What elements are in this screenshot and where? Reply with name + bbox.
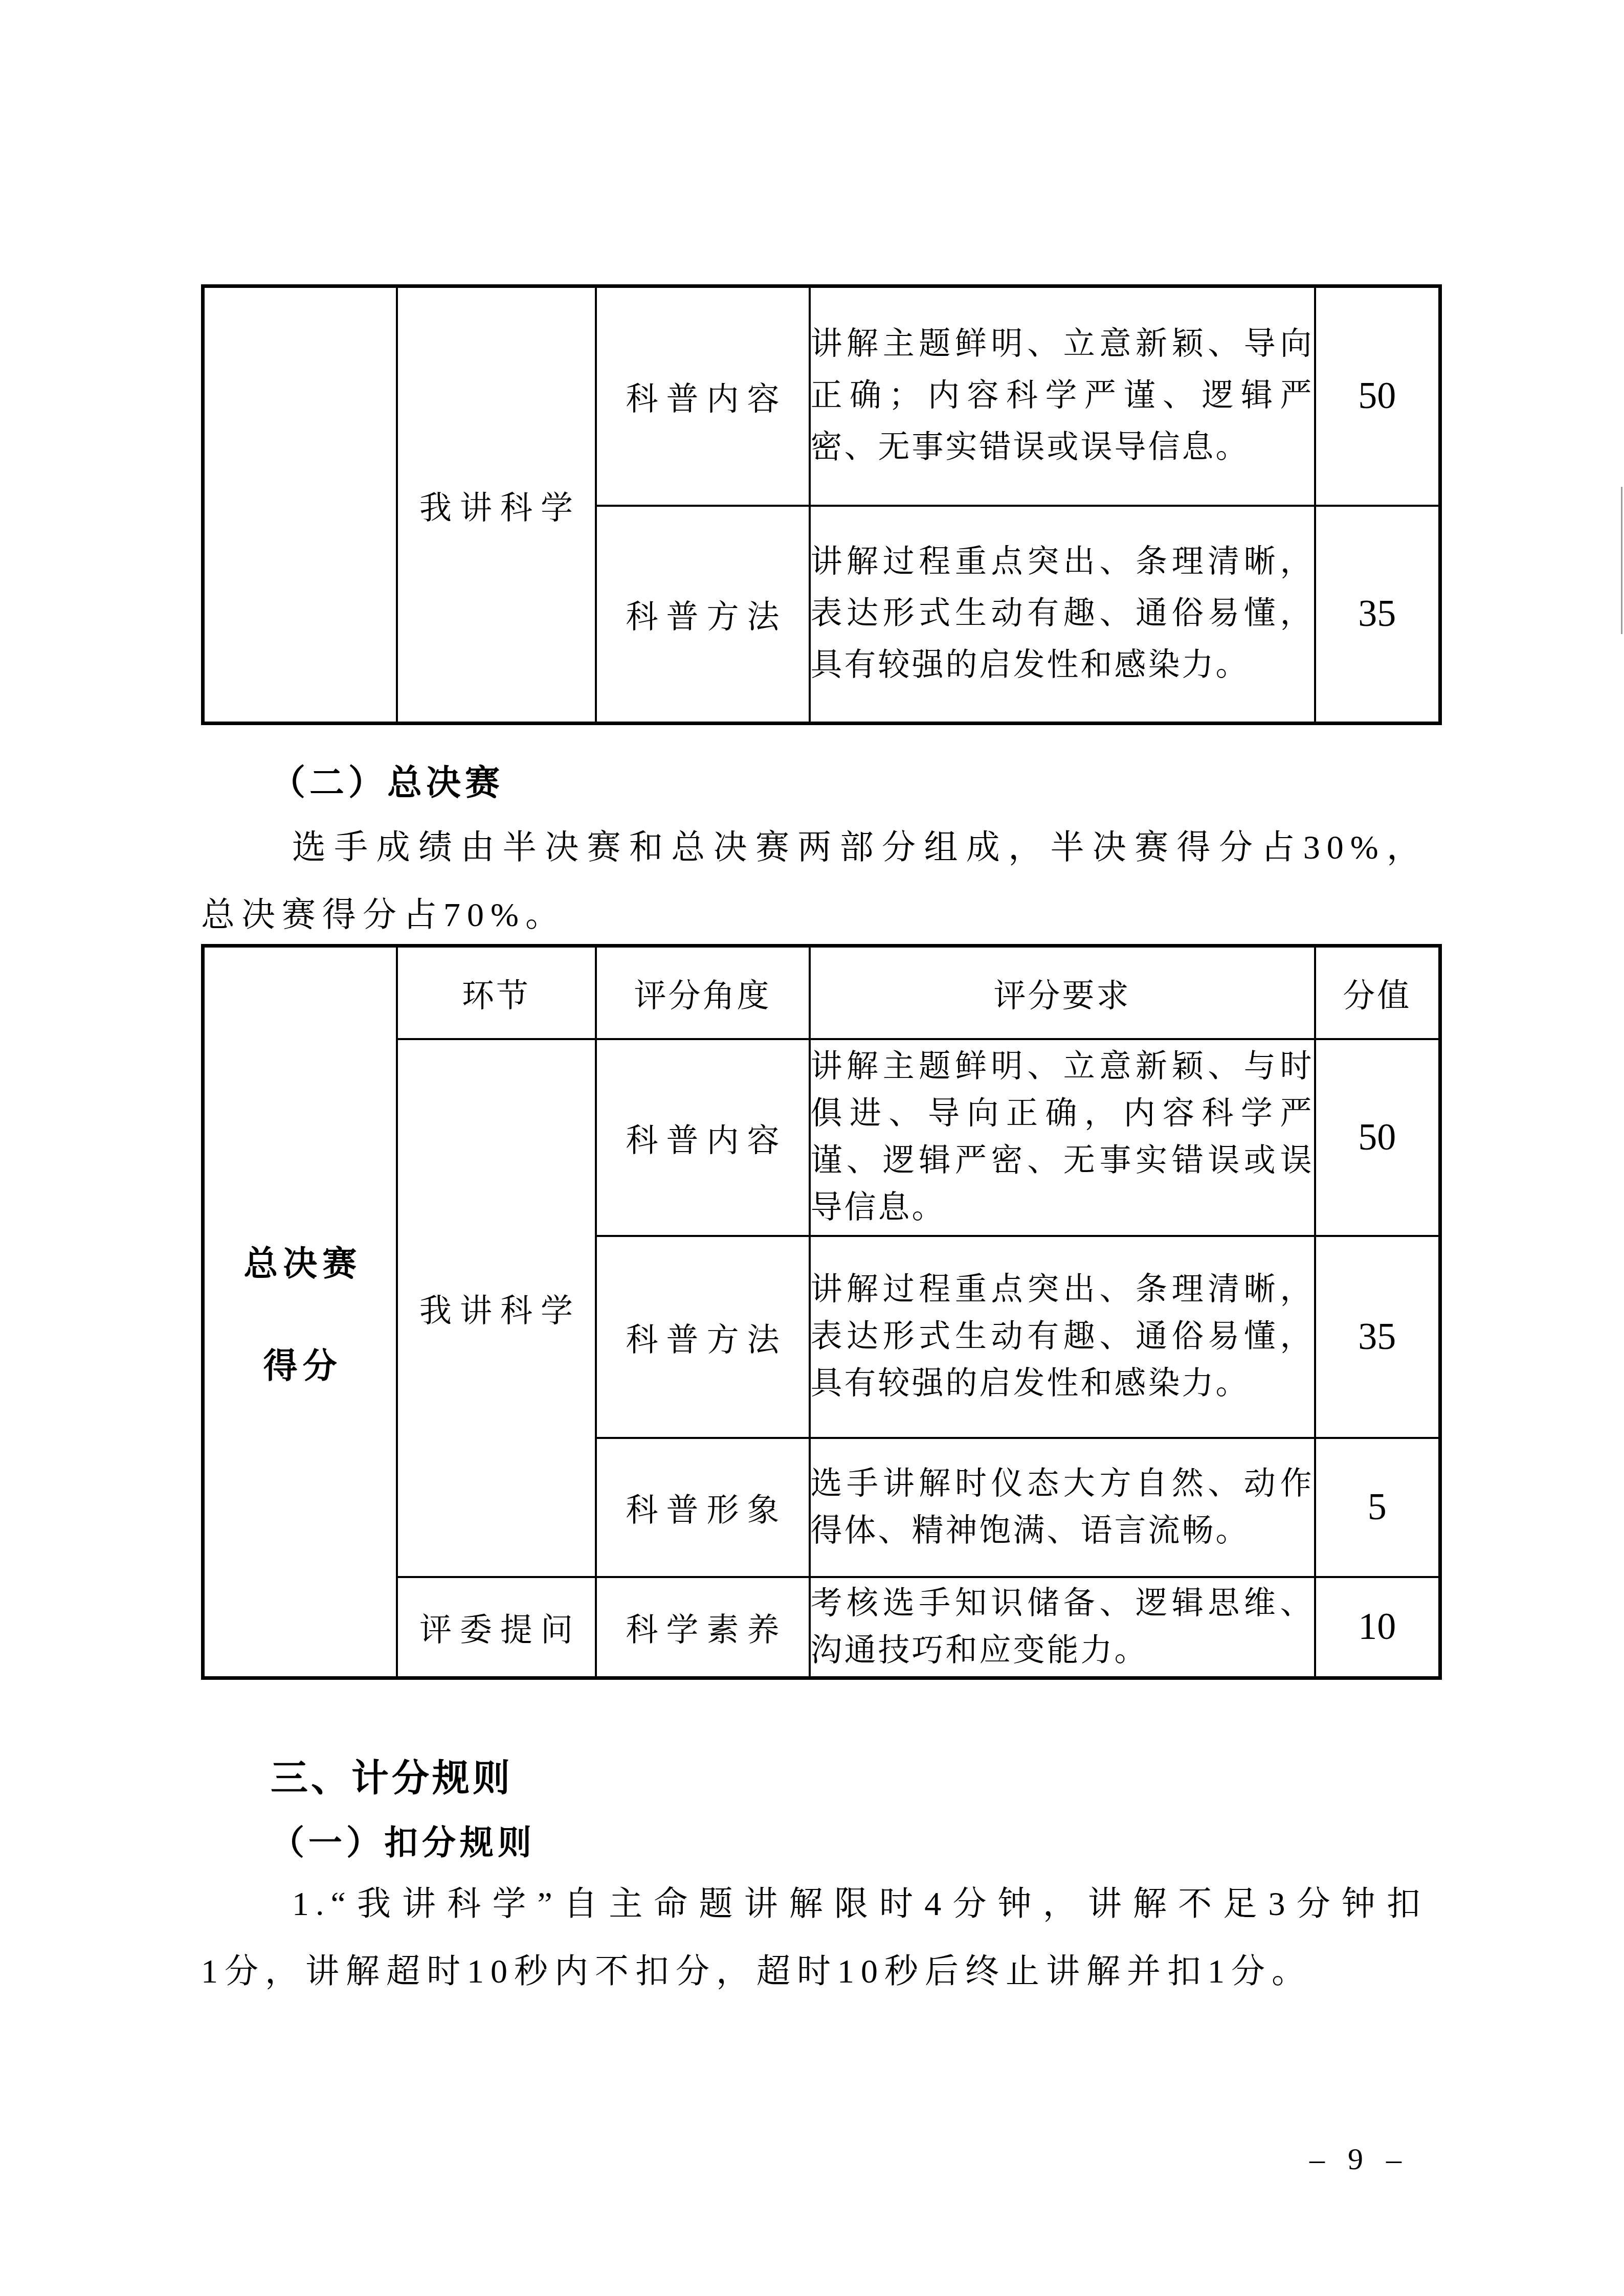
deduction-rules-subheading: （一）扣分规则 <box>271 1815 536 1864</box>
final-score-cell: 50 <box>1315 1039 1440 1236</box>
final-score-cell: 5 <box>1315 1438 1440 1577</box>
table-header-row: 总决赛 得分 环节 评分角度 评分要求 分值 <box>203 946 1440 1039</box>
header-stage: 环节 <box>397 946 596 1039</box>
semifinal-score-cell: 35 <box>1315 506 1440 724</box>
semifinal-angle-cell: 科普内容 <box>596 286 810 506</box>
judge-angle-cell: 科学素养 <box>596 1577 810 1678</box>
semifinal-requirement-cell: 讲解过程重点突出、条理清晰，表达形式生动有趣、通俗易懂，具有较强的启发性和感染力… <box>810 506 1315 724</box>
semifinal-score-cell: 50 <box>1315 286 1440 506</box>
page-number: – 9 – <box>1309 2142 1409 2177</box>
final-stage-cell: 我讲科学 <box>397 1039 596 1577</box>
paragraph-line: 1分，讲解超时10秒内不扣分，超时10秒后终止讲解并扣1分。 <box>201 1938 1427 2006</box>
judge-score-cell: 10 <box>1315 1577 1440 1678</box>
semifinal-blank-group-cell <box>203 286 397 724</box>
paragraph-line: 总决赛得分占70%。 <box>201 882 1427 949</box>
semifinal-angle-cell: 科普方法 <box>596 506 810 724</box>
final-angle-cell: 科普方法 <box>596 1236 810 1438</box>
final-requirement-cell: 选手讲解时仪态大方自然、动作得体、精神饱满、语言流畅。 <box>810 1438 1315 1577</box>
semifinal-score-table: 我讲科学 科普内容 讲解主题鲜明、立意新颖、导向正确；内容科学严谨、逻辑严密、无… <box>201 284 1442 725</box>
header-score: 分值 <box>1315 946 1440 1039</box>
header-angle: 评分角度 <box>596 946 810 1039</box>
final-section-heading: （二）总决赛 <box>271 755 504 805</box>
judge-stage-cell: 评委提问 <box>397 1577 596 1678</box>
group-label-line: 得分 <box>258 1339 342 1388</box>
semifinal-requirement-cell: 讲解主题鲜明、立意新颖、导向正确；内容科学严谨、逻辑严密、无事实错误或误导信息。 <box>810 286 1315 506</box>
final-requirement-cell: 讲解过程重点突出、条理清晰，表达形式生动有趣、通俗易懂，具有较强的启发性和感染力… <box>810 1236 1315 1438</box>
paragraph-line: 1.“我讲科学”自主命题讲解限时4分钟，讲解不足3分钟扣 <box>201 1871 1427 1938</box>
semifinal-stage-cell: 我讲科学 <box>397 286 596 724</box>
table-row: 我讲科学 科普内容 讲解主题鲜明、立意新颖、导向正确；内容科学严谨、逻辑严密、无… <box>203 286 1440 506</box>
scoring-rules-heading: 三、计分规则 <box>271 1748 513 1802</box>
document-page: { "page": { "number": "– 9 –" }, "semifi… <box>0 0 1624 2296</box>
final-score-table: 总决赛 得分 环节 评分角度 评分要求 分值 我讲科学 科普内容 讲解主题鲜明、… <box>201 944 1442 1680</box>
paragraph-line: 选手成绩由半决赛和总决赛两部分组成，半决赛得分占30%， <box>201 814 1427 882</box>
final-score-group-cell: 总决赛 得分 <box>203 946 397 1678</box>
final-section-paragraph: 选手成绩由半决赛和总决赛两部分组成，半决赛得分占30%， 总决赛得分占70%。 <box>201 814 1427 949</box>
final-score-group-label: 总决赛 得分 <box>205 1236 396 1388</box>
header-requirement: 评分要求 <box>810 946 1315 1039</box>
deduction-rule-paragraph: 1.“我讲科学”自主命题讲解限时4分钟，讲解不足3分钟扣 1分，讲解超时10秒内… <box>201 1871 1427 2006</box>
final-angle-cell: 科普内容 <box>596 1039 810 1236</box>
group-label-line: 总决赛 <box>238 1236 362 1286</box>
scan-artifact-line <box>1621 487 1622 634</box>
judge-requirement-cell: 考核选手知识储备、逻辑思维、沟通技巧和应变能力。 <box>810 1577 1315 1678</box>
final-angle-cell: 科普形象 <box>596 1438 810 1577</box>
final-score-cell: 35 <box>1315 1236 1440 1438</box>
final-requirement-cell: 讲解主题鲜明、立意新颖、与时俱进、导向正确，内容科学严谨、逻辑严密、无事实错误或… <box>810 1039 1315 1236</box>
